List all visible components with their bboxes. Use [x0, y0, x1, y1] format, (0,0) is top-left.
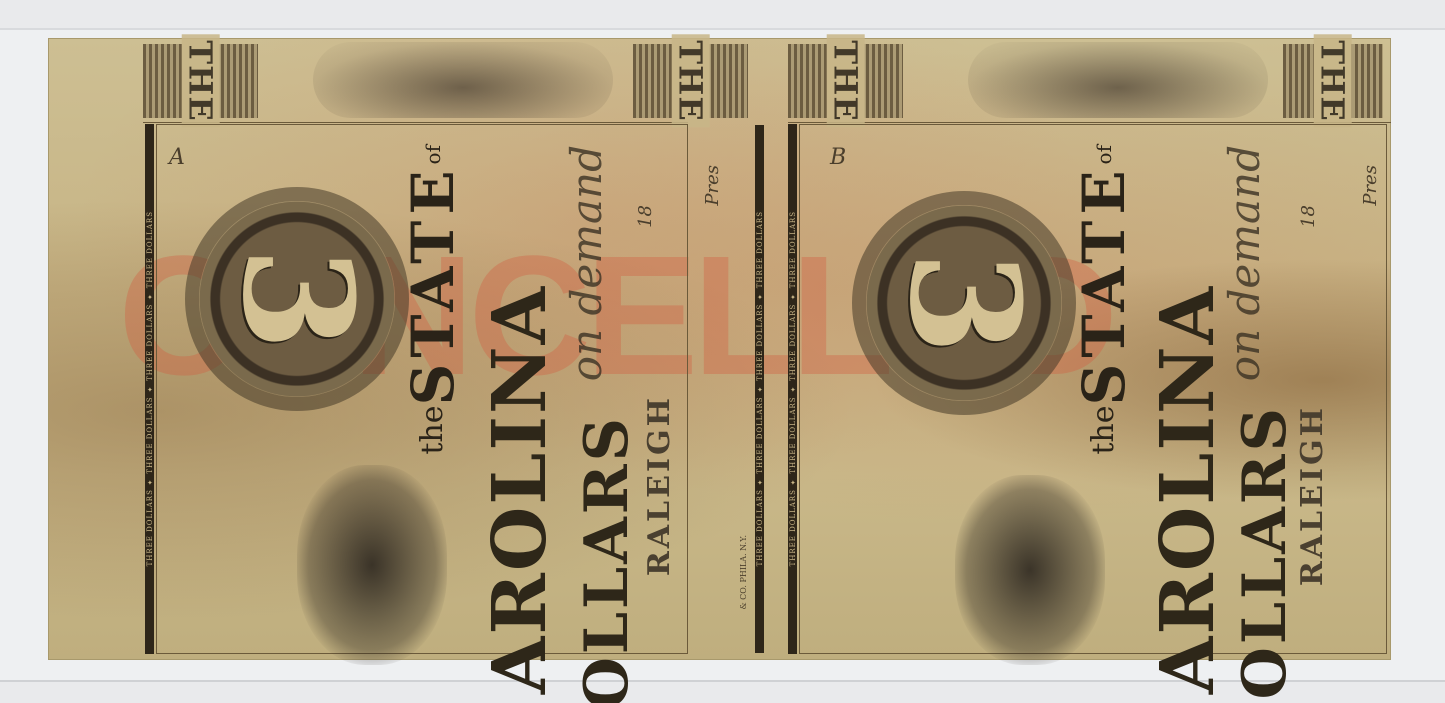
border-strip-left: THREE DOLLARS ✦ THREE DOLLARS ✦ THREE DO… — [145, 124, 154, 654]
date-blank: 18 — [1298, 205, 1319, 228]
header-the-right: THE — [633, 44, 748, 118]
border-strip-right: THREE DOLLARS ✦ THREE DOLLARS ✦ THREE DO… — [755, 125, 764, 653]
portrait-vignette-worn — [955, 475, 1105, 665]
header-the-left: THE — [788, 44, 903, 118]
top-band: THE THE — [143, 38, 688, 123]
on-demand-script: on demand — [562, 145, 611, 381]
header-the-left: THE — [143, 44, 258, 118]
top-band: THE THE — [788, 38, 1391, 123]
title-line: theSTATEof — [1070, 145, 1138, 455]
place-raleigh: RALEIGH — [642, 395, 677, 576]
banknote-b: THE THE THREE DOLLARS ✦ THREE DOLLARS ✦ … — [783, 38, 1391, 660]
header-the-right: THE — [1283, 44, 1383, 118]
on-demand-script: on demand — [1220, 145, 1269, 381]
reclining-figure-vignette — [968, 42, 1268, 118]
dollars-text: OLLARS — [1230, 405, 1300, 699]
dollars-text: OLLARS — [572, 415, 642, 703]
denomination-medallion: 3 — [866, 205, 1062, 401]
signature-line: Pres — [702, 165, 723, 206]
plate-letter: A — [169, 145, 185, 170]
portrait-vignette-worn — [297, 465, 447, 665]
note-body: A 3 theSTATEof AROLINA OLLARS on demand … — [156, 124, 688, 654]
title-line: theSTATEof — [399, 145, 467, 455]
carolina-text: AROLINA — [1145, 285, 1231, 694]
note-body: B 3 theSTATEof AROLINA OLLARS on demand … — [799, 124, 1387, 654]
banknote-sheet: CANCELLED THE THE THREE DOLLARS ✦ THREE … — [48, 38, 1391, 660]
border-strip-left: THREE DOLLARS ✦ THREE DOLLARS ✦ THREE DO… — [788, 124, 797, 654]
date-blank: 18 — [635, 205, 656, 228]
reclining-figure-vignette — [313, 42, 613, 118]
signature-line: Pres — [1360, 165, 1381, 206]
engraver-imprint: & CO. PHILA. N.Y. — [739, 535, 748, 609]
banknote-a: THE THE THREE DOLLARS ✦ THREE DOLLARS ✦ … — [48, 38, 688, 660]
carolina-text: AROLINA — [477, 285, 563, 694]
denomination-medallion: 3 — [199, 201, 395, 397]
plate-letter: B — [830, 145, 846, 170]
place-raleigh: RALEIGH — [1295, 405, 1330, 586]
